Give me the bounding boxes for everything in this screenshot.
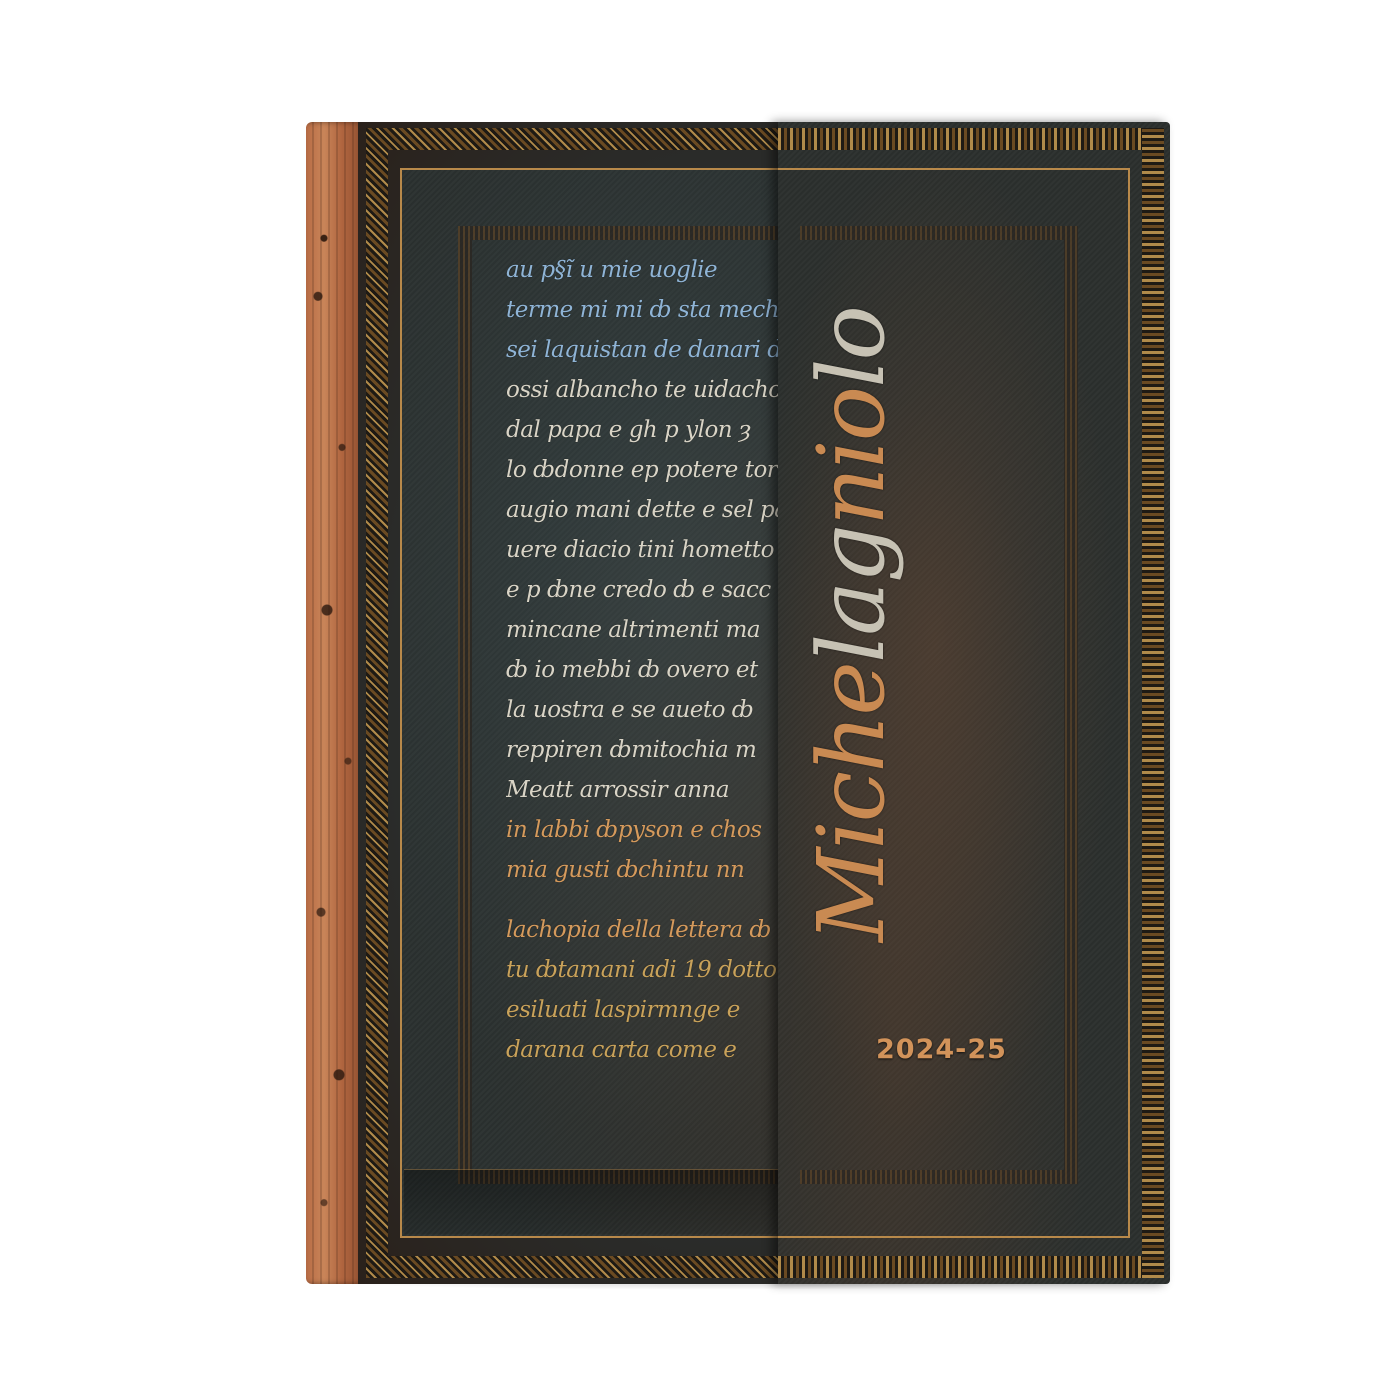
spine-texture [306,122,366,1284]
manuscript-line: ȸ io mebbi ȸ overo et [506,650,806,690]
manuscript-line: au p§ĩ u mie uoglie [506,250,806,290]
manuscript-line: darana carta come e [506,1030,806,1070]
manuscript-line: mincane altrimenti ma [506,610,806,650]
manuscript-line: la uostra e se aueto ȸ [506,690,806,730]
manuscript-line: mia gusti ȸchintu nn [506,850,806,890]
manuscript-line: dal papa e gh p ylon ȝ [506,410,806,450]
manuscript-line: lachopia della lettera ȸ [506,910,806,950]
flap-gilded-border-bottom [778,1256,1164,1278]
manuscript-line: terme mi mi ȸ sta mecho [506,290,806,330]
signature-part: nio [798,388,905,526]
manuscript-line: Meatt arrossir anna [506,770,806,810]
flap-gilded-border-right [1142,128,1164,1278]
manuscript-text: au p§ĩ u mie uoglie terme mi mi ȸ sta me… [506,250,806,1070]
signature-part: lo [798,307,905,388]
signature-part: lag [798,526,905,663]
flap-gilded-border-top [778,128,1164,150]
year-label: 2024-25 [876,1034,1007,1065]
manuscript-line: augio mani dette e sel papa [506,490,806,530]
manuscript-line: e p ȸne credo ȸ e sacc [506,570,806,610]
manuscript-line: in labbi ȸpyson e chos [506,810,806,850]
manuscript-line: esiluati laspirmnge e [506,990,806,1030]
manuscript-line [506,890,806,910]
planner-book: au p§ĩ u mie uoglie terme mi mi ȸ sta me… [306,122,1118,1284]
manuscript-line: ossi albancho te uidacho [506,370,806,410]
manuscript-line: lo ȸdonne ep potere torn [506,450,806,490]
manuscript-line: sei laquistan de danari ȸ [506,330,806,370]
signature-part: Miche [798,663,905,942]
book-spine [306,122,366,1284]
michelangelo-signature: Michelagniolo [798,307,905,942]
manuscript-line: reppiren ȸmitochia m [506,730,806,770]
manuscript-line: tu ȸtamani adi 19 dotto [506,950,806,990]
front-cover: au p§ĩ u mie uoglie terme mi mi ȸ sta me… [358,122,1118,1284]
manuscript-line: uere diacio tini hometto [506,530,806,570]
